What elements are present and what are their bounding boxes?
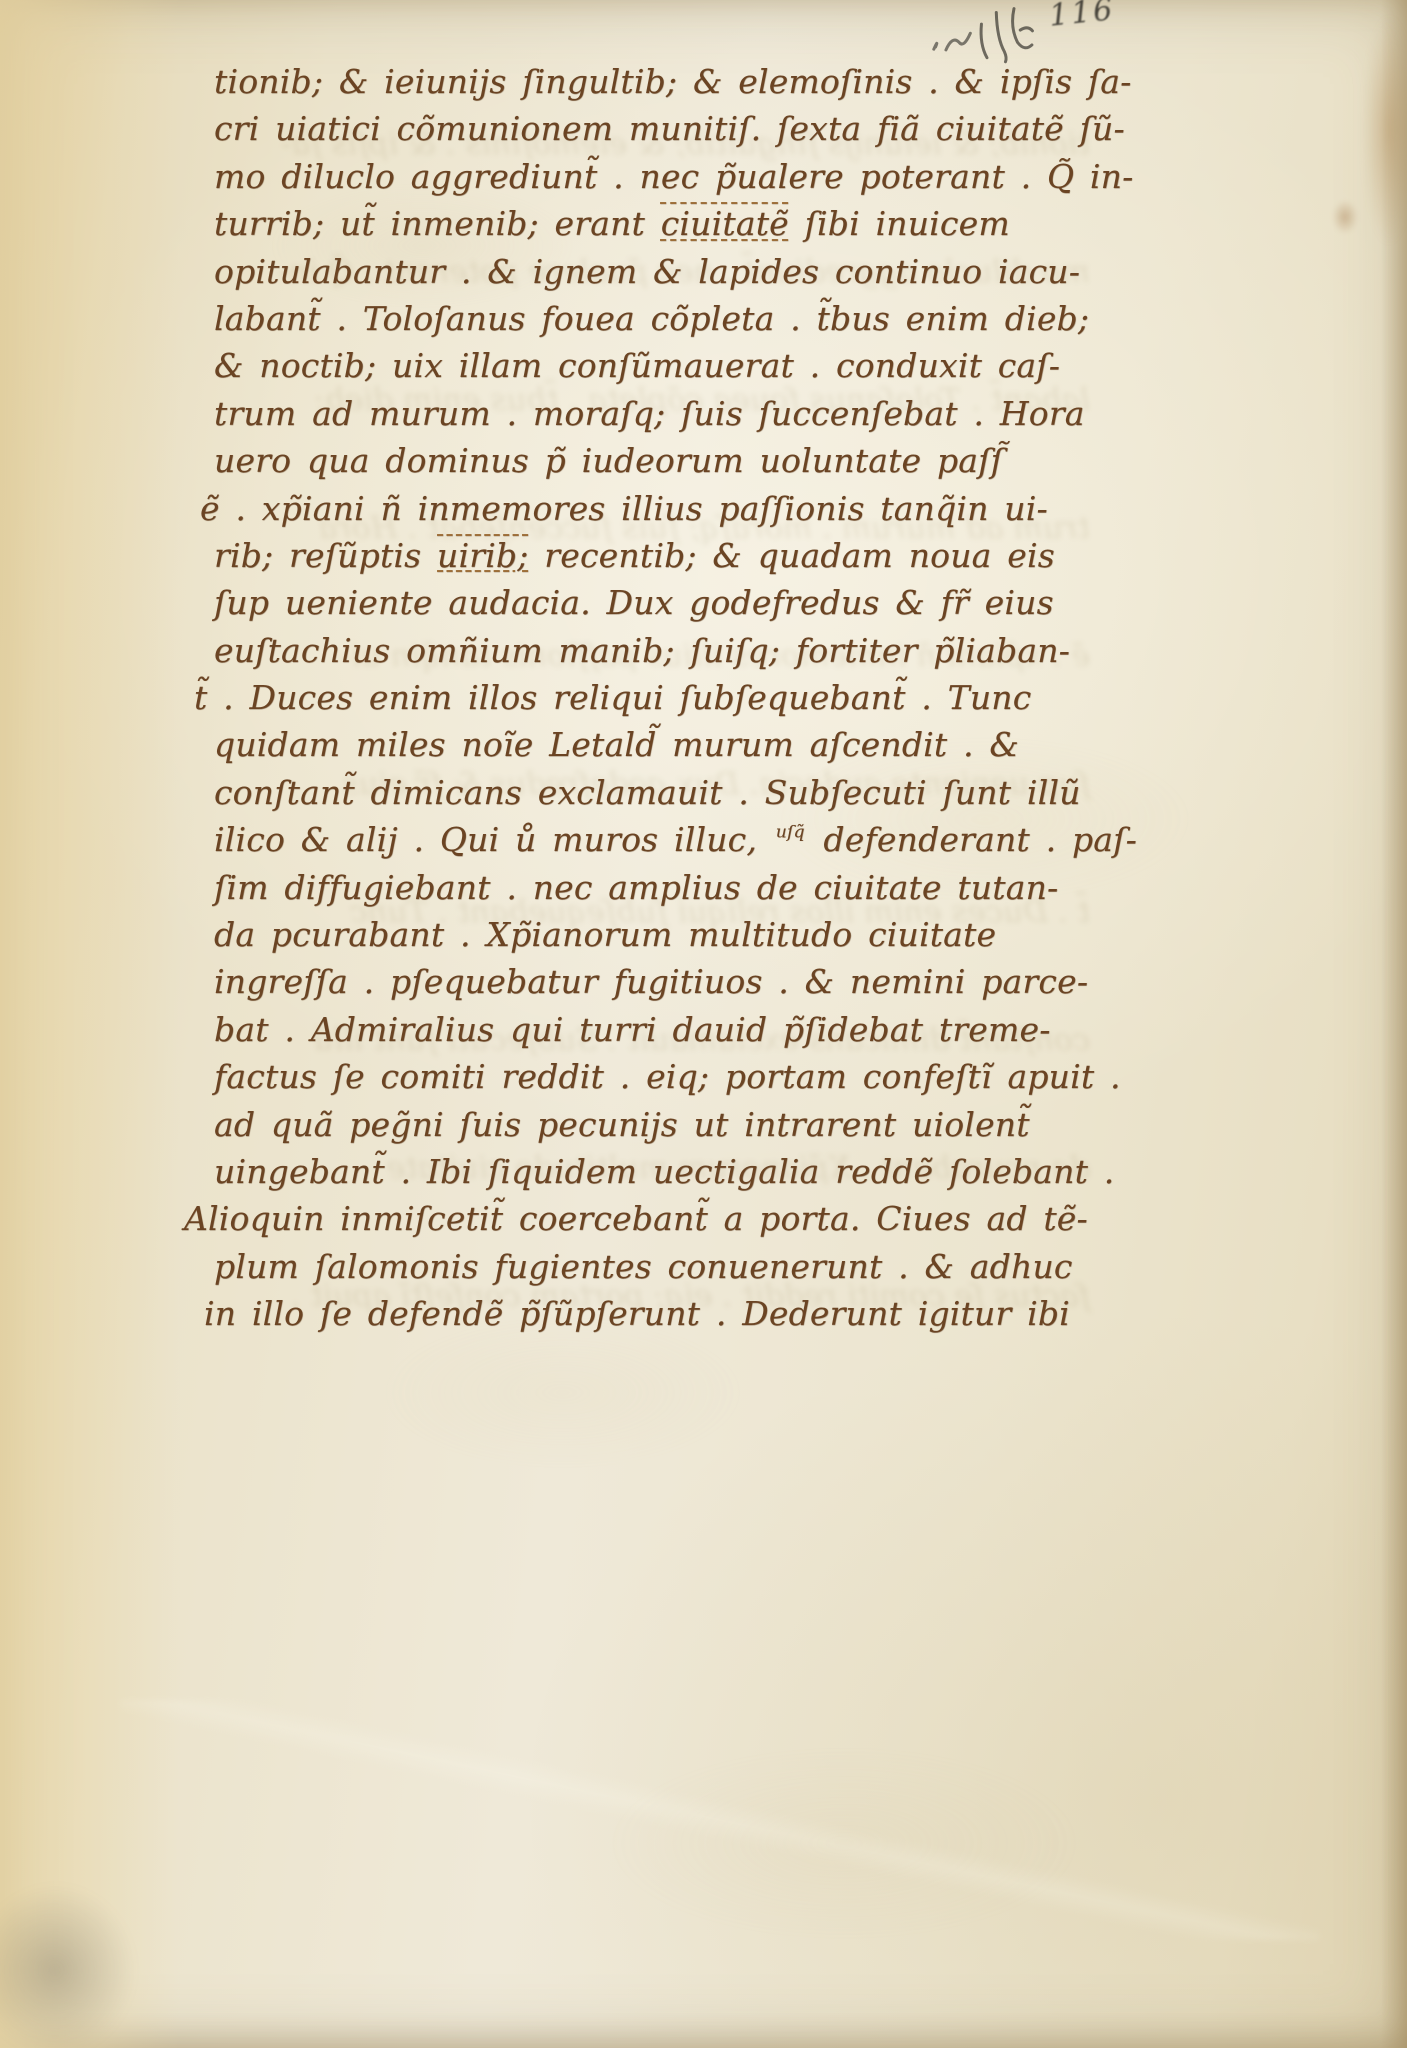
manuscript-line: labant̃ . Toloſanus fouea cõpleta . t̃bu… (214, 295, 1094, 342)
manuscript-page: tionib; & ieiunijs ſingultib; & elemoſin… (0, 0, 1407, 2048)
manuscript-line: uingebant̃ . Ibi ſiquidem uectigalia red… (214, 1148, 1094, 1195)
manuscript-line: factus ſe comiti reddit . eiq; portam co… (214, 1053, 1094, 1100)
manuscript-line: conſtant̃ dimicans exclamauit . Subſecut… (214, 769, 1094, 816)
manuscript-line: bat . Admiralius qui turri dauid p̃ſideb… (214, 1006, 1094, 1053)
manuscript-line: ẽ . xp̃iani ñ inmemores illius paſſionis… (200, 485, 1094, 532)
line-segment: defenderant . paſ- (808, 820, 1137, 859)
manuscript-line: trum ad murum . moraſq; ſuis ſuccenſebat… (214, 390, 1094, 437)
manuscript-line: t̃ . Duces enim illos reliqui ſubſequeba… (194, 674, 1094, 721)
manuscript-line: ſim diffugiebant . nec amplius de ciuita… (214, 864, 1094, 911)
manuscript-line: ſup ueniente audacia. Dux godefredus & f… (214, 579, 1094, 626)
parchment-crease (120, 1700, 1320, 1940)
manuscript-line: Alioquin inmiſcetit̃ coercebant̃ a porta… (184, 1195, 1094, 1242)
manuscript-line: ingreſſa . pſequebatur fugitiuos . & nem… (214, 958, 1094, 1005)
page-right-edge-shadow (1381, 0, 1407, 2048)
stain-right-dot (1332, 200, 1358, 234)
manuscript-line: ilico & alij . Qui ů muros illuc, uſq̃ d… (214, 816, 1094, 863)
interlinear-insertion: uſq̃ (776, 810, 805, 857)
manuscript-line: uero qua dominus p̃ iudeorum uoluntate p… (214, 437, 1094, 484)
manuscript-line: ad quã peg̃ni ſuis pecunijs ut intrarent… (214, 1101, 1094, 1148)
manuscript-line: da pcurabant . Xp̃ianorum multitudo ciui… (214, 911, 1094, 958)
line-segment: recentib; & quadam noua eis (529, 536, 1055, 575)
expunged-word: uirib; (437, 536, 529, 575)
manuscript-line: tionib; & ieiunijs ſingultib; & elemoſin… (214, 58, 1094, 105)
manuscript-text-block: tionib; & ieiunijs ſingultib; & elemoſin… (214, 58, 1094, 1338)
manuscript-line: & noctib; uix illam conſũmauerat . condu… (214, 342, 1094, 389)
folio-number: 116 (1047, 0, 1117, 34)
manuscript-line: quidam miles noĩe Letald̃ murum aſcendit… (214, 721, 1094, 768)
manuscript-line: turrib; ut̃ inmenib; erant ciuitatẽ ſibi… (214, 200, 1094, 247)
line-segment: ilico & alij . Qui ů muros illuc, (214, 820, 773, 859)
expunged-word: ciuitatẽ (661, 204, 789, 243)
manuscript-line: opitulabantur . & ignem & lapides contin… (214, 248, 1094, 295)
manuscript-line: euſtachius omñium manib; ſuiſq; fortiter… (214, 627, 1094, 674)
line-segment: turrib; ut̃ inmenib; erant (214, 204, 661, 243)
stain-right-top (1363, 15, 1407, 245)
manuscript-line: cri uiatici cõmunionem munitiſ. ſexta fi… (214, 105, 1094, 152)
manuscript-line: plum ſalomonis fugientes conuenerunt . &… (214, 1243, 1094, 1290)
manuscript-line: in illo ſe defendẽ p̃ſũpſerunt . Dederun… (204, 1290, 1094, 1337)
manuscript-line: mo diluclo aggrediunt̃ . nec p̃ualere po… (214, 153, 1094, 200)
line-segment: ſibi inuicem (789, 204, 1010, 243)
line-segment: rib; reſũptis (214, 536, 437, 575)
manuscript-line: rib; reſũptis uirib; recentib; & quadam … (214, 532, 1094, 579)
